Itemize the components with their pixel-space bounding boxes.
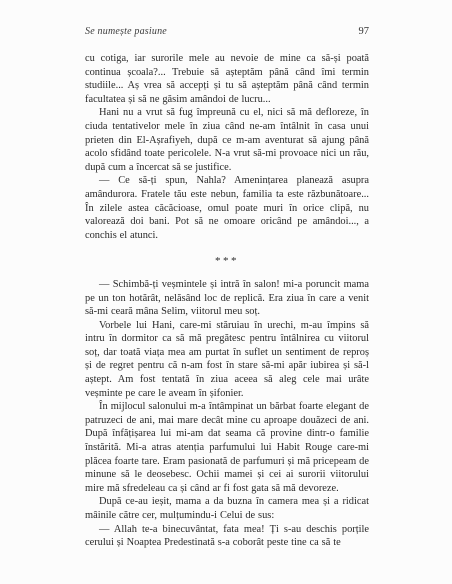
paragraph-hani: Hani nu a vrut să fug împreună cu el, ni…	[85, 106, 369, 174]
page-body: cu cotiga, iar surorile mele au nevoie d…	[85, 52, 369, 550]
paragraph-salon: În mijlocul salonului m-a întâmpinat un …	[85, 400, 369, 495]
book-page: Se numește pasiune 97 cu cotiga, iar sur…	[0, 0, 452, 584]
page-number: 97	[359, 26, 370, 37]
paragraph-continuation: cu cotiga, iar surorile mele au nevoie d…	[85, 52, 369, 106]
section-separator: ***	[85, 255, 369, 269]
paragraph-dialogue-nahla: — Ce să-ți spun, Nahla? Amenințarea plan…	[85, 174, 369, 242]
paragraph-dialogue-allah: — Allah te-a binecuvântat, fata mea! Ți …	[85, 523, 369, 550]
paragraph-dupa-iesit: După ce-au ieșit, mama a da buzna în cam…	[85, 495, 369, 522]
paragraph-vorbele: Vorbele lui Hani, care-mi stăruiau în ur…	[85, 319, 369, 401]
running-title: Se numește pasiune	[85, 26, 167, 37]
paragraph-dialogue-mama: — Schimbă-ți veșmintele și intră în salo…	[85, 278, 369, 319]
running-header: Se numește pasiune 97	[85, 26, 369, 37]
